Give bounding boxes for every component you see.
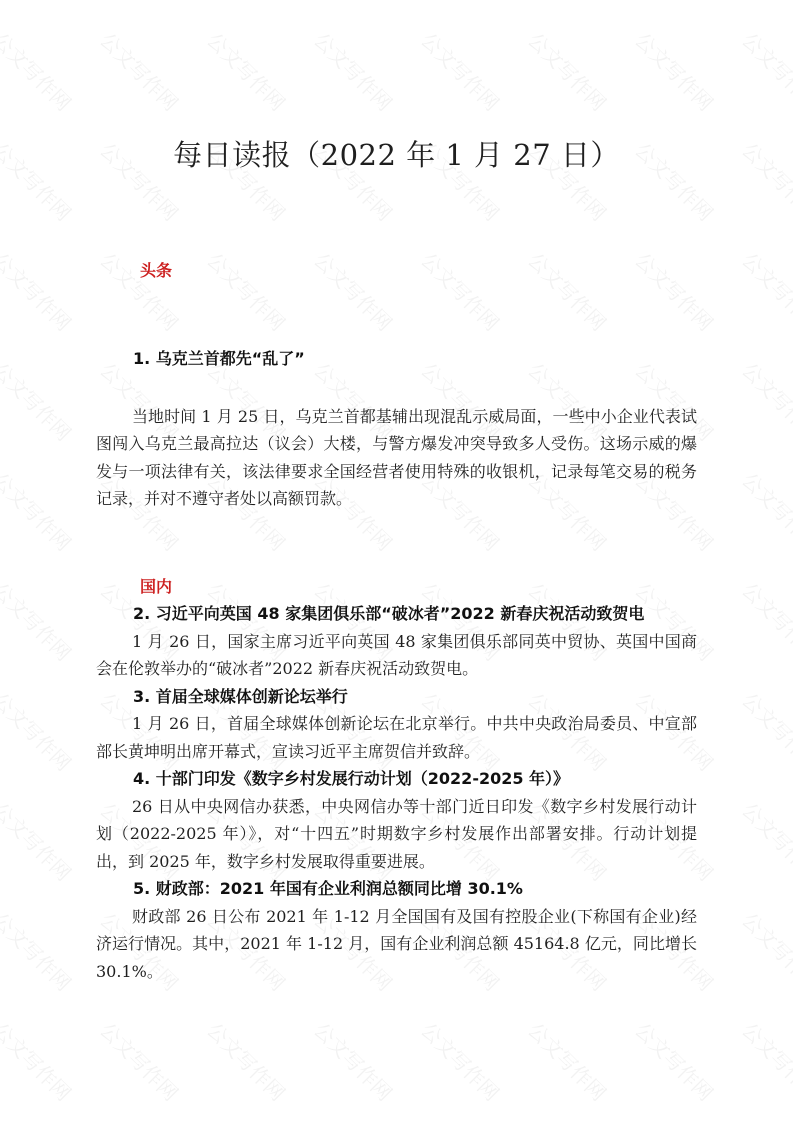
watermark-text: 公文写作网	[736, 795, 793, 886]
watermark-text: 公文写作网	[629, 1015, 720, 1106]
news-item-3-body: 1 月 26 日，首届全球媒体创新论坛在北京举行。中共中央政治局委员、中宣部部长…	[96, 710, 697, 765]
watermark-text: 公文写作网	[0, 575, 79, 666]
watermark-text: 公文写作网	[736, 575, 793, 666]
watermark-text: 公文写作网	[736, 245, 793, 336]
news-item-5-body: 财政部 26 日公布 2021 年 1-12 月全国国有及国有控股企业(下称国有…	[96, 903, 697, 986]
news-item-4-title: 4. 十部门印发《数字乡村发展行动计划（2022-2025 年）》	[96, 765, 697, 793]
watermark-text: 公文写作网	[736, 135, 793, 226]
section-heading-headline: 头条	[140, 260, 697, 282]
document-page: 公文写作网公文写作网公文写作网公文写作网公文写作网公文写作网公文写作网公文写作网…	[0, 0, 793, 1122]
watermark-text: 公文写作网	[94, 1015, 185, 1106]
watermark-text: 公文写作网	[0, 905, 79, 996]
news-item-1-title: 1. 乌克兰首都先“乱了”	[96, 345, 697, 373]
watermark-text: 公文写作网	[736, 465, 793, 556]
watermark-text: 公文写作网	[736, 685, 793, 776]
watermark-text: 公文写作网	[0, 355, 79, 446]
watermark-text: 公文写作网	[0, 1015, 79, 1106]
watermark-text: 公文写作网	[0, 135, 79, 226]
watermark-text: 公文写作网	[736, 905, 793, 996]
news-item-3-title: 3. 首届全球媒体创新论坛举行	[96, 683, 697, 711]
watermark-text: 公文写作网	[0, 685, 79, 776]
watermark-text: 公文写作网	[736, 25, 793, 116]
section-domestic: 国内 2. 习近平向英国 48 家集团俱乐部“破冰者”2022 新春庆祝活动致贺…	[96, 573, 697, 986]
watermark-text: 公文写作网	[0, 795, 79, 886]
watermark-text: 公文写作网	[201, 1015, 292, 1106]
document-title: 每日读报（2022 年 1 月 27 日）	[96, 136, 697, 174]
watermark-text: 公文写作网	[736, 355, 793, 446]
watermark-text: 公文写作网	[736, 1015, 793, 1106]
news-item-2-body: 1 月 26 日，国家主席习近平向英国 48 家集团俱乐部同英中贸协、英国中国商…	[96, 628, 697, 683]
news-item-1-body: 当地时间 1 月 25 日，乌克兰首都基辅出现混乱示威局面，一些中小企业代表试图…	[96, 403, 697, 513]
watermark-text: 公文写作网	[308, 1015, 399, 1106]
watermark-text: 公文写作网	[415, 1015, 506, 1106]
news-item-2-title: 2. 习近平向英国 48 家集团俱乐部“破冰者”2022 新春庆祝活动致贺电	[96, 600, 697, 628]
news-item-4-body: 26 日从中央网信办获悉，中央网信办等十部门近日印发《数字乡村发展行动计划（20…	[96, 793, 697, 876]
section-heading-domestic: 国内	[140, 573, 697, 601]
watermark-text: 公文写作网	[0, 465, 79, 556]
section-headline: 头条 1. 乌克兰首都先“乱了” 当地时间 1 月 25 日，乌克兰首都基辅出现…	[96, 260, 697, 513]
news-item-5-title: 5. 财政部：2021 年国有企业利润总额同比增 30.1%	[96, 875, 697, 903]
watermark-text: 公文写作网	[0, 245, 79, 336]
document-content: 每日读报（2022 年 1 月 27 日） 头条 1. 乌克兰首都先“乱了” 当…	[96, 0, 697, 985]
watermark-text: 公文写作网	[0, 25, 79, 116]
watermark-text: 公文写作网	[522, 1015, 613, 1106]
